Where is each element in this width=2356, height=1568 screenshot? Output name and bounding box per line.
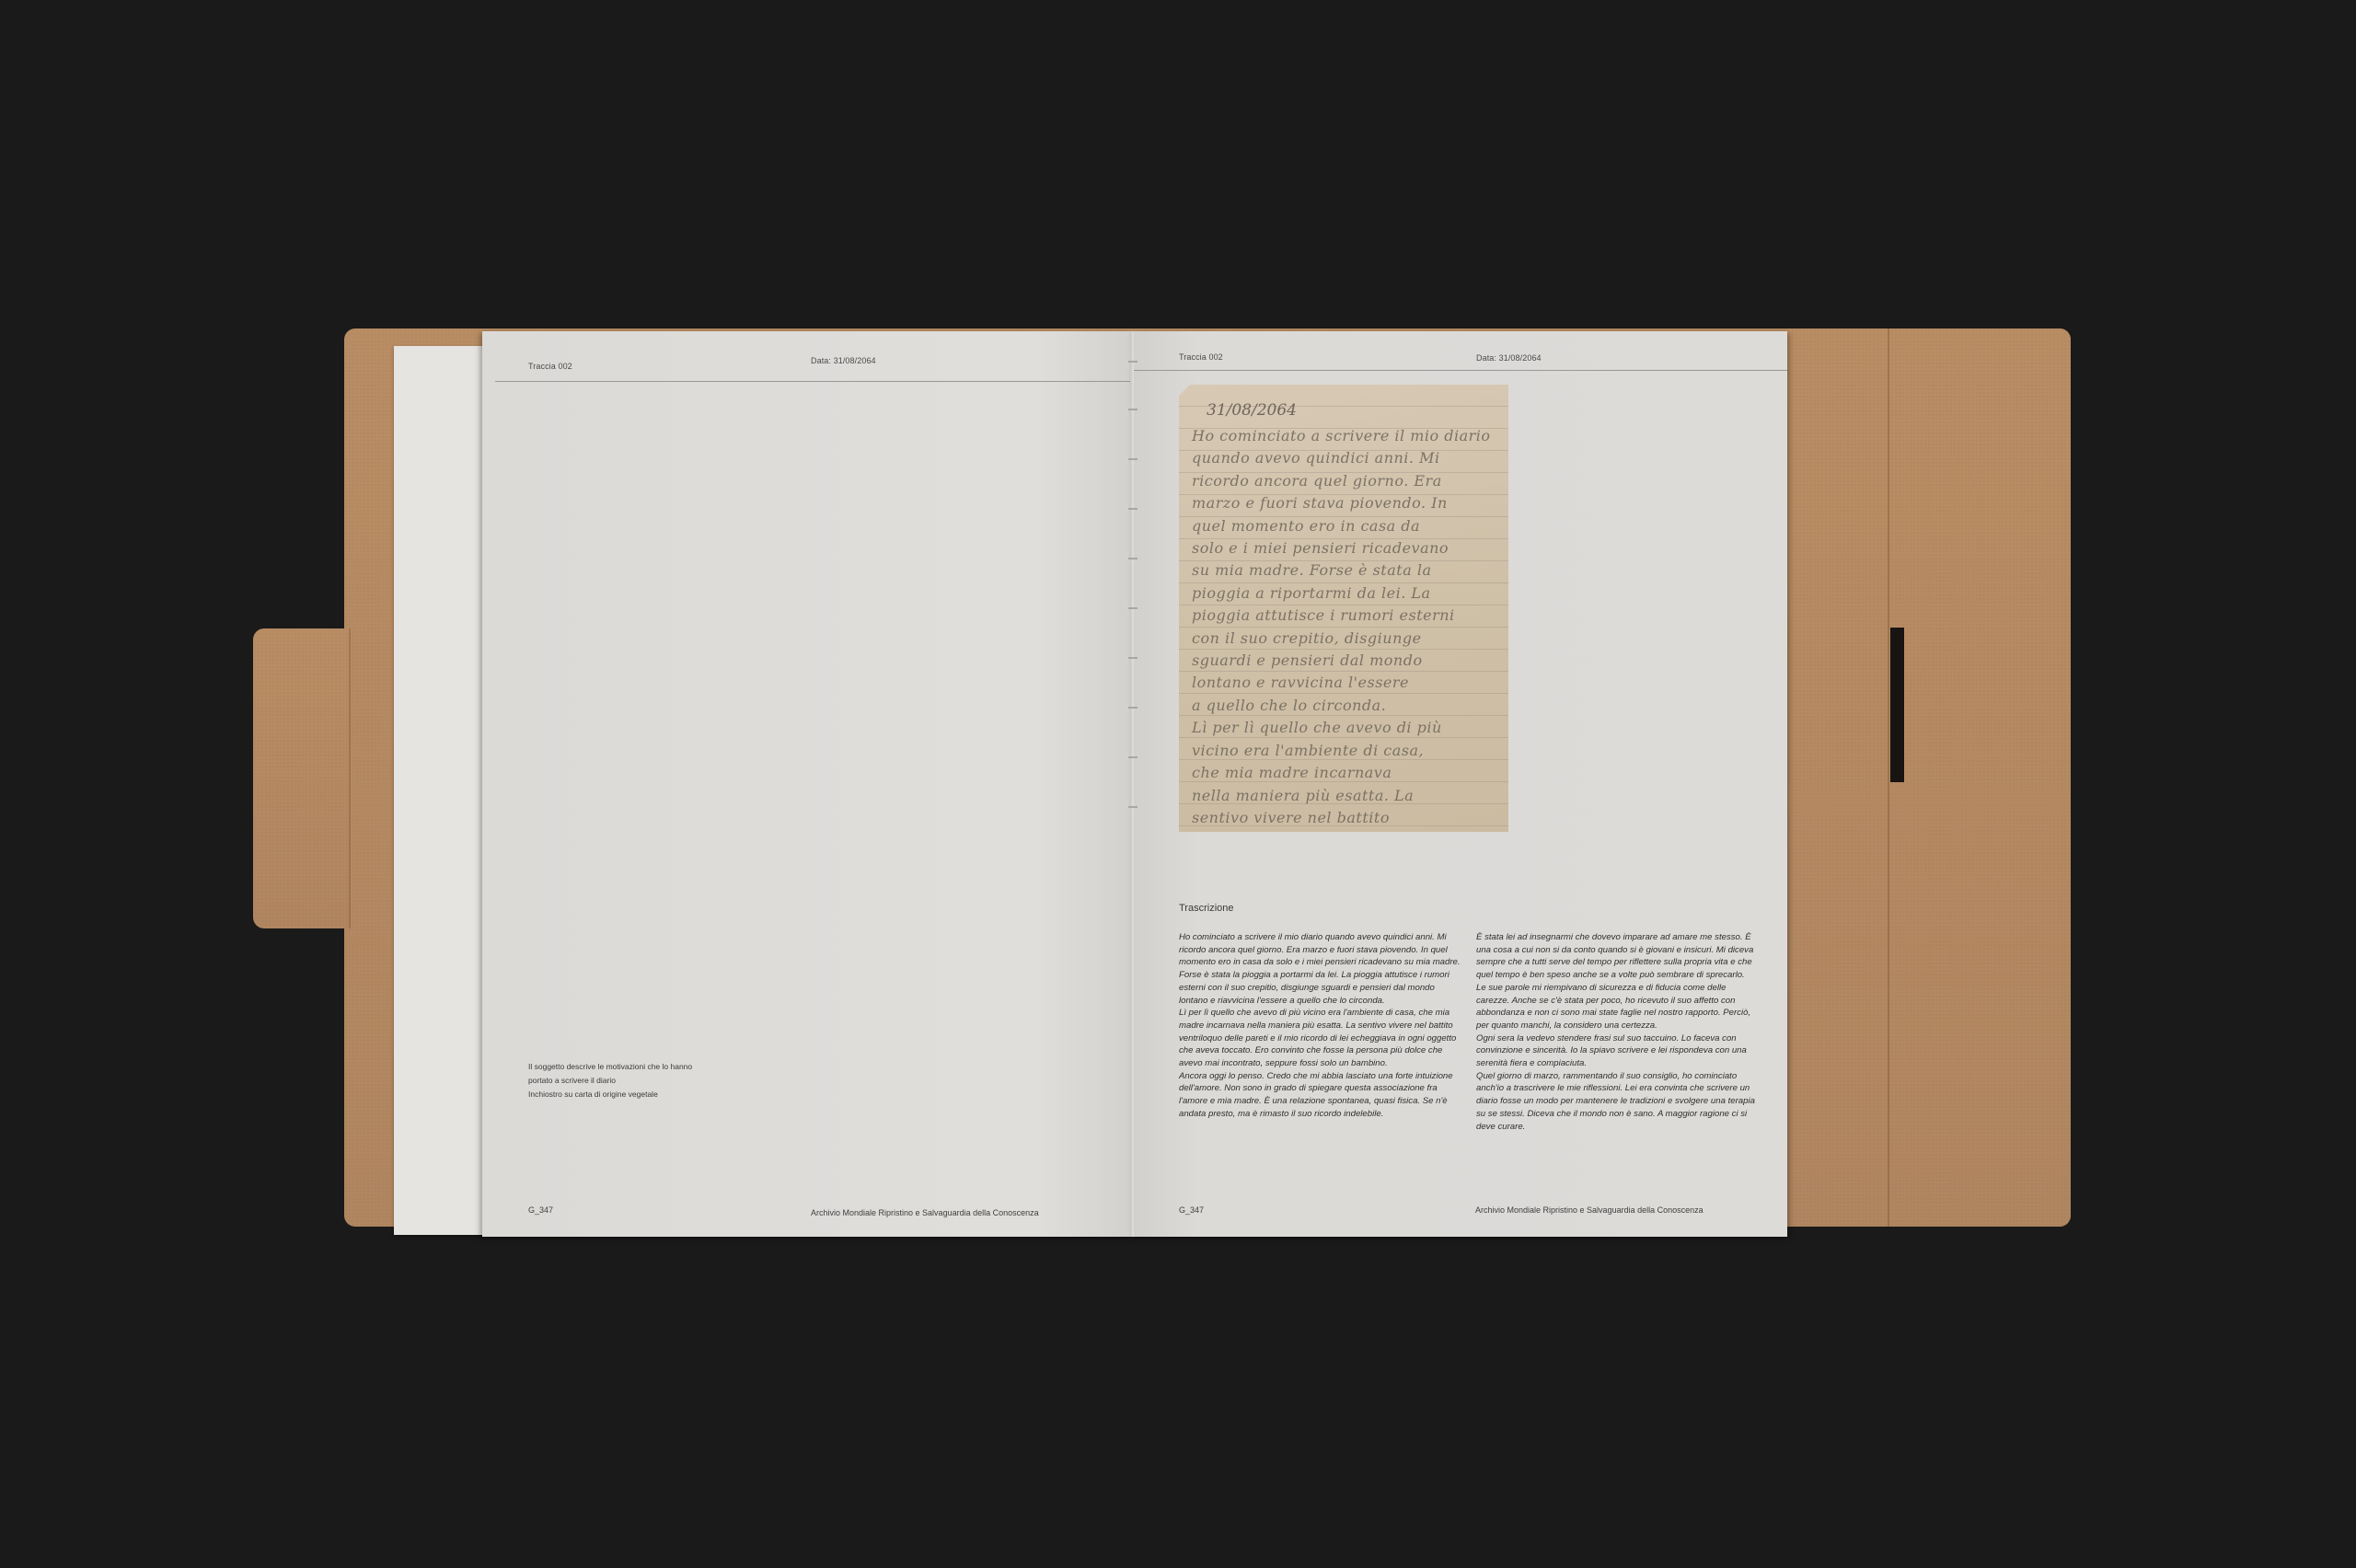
paragraph: Quel giorno di marzo, rammentando il suo…: [1476, 1070, 1758, 1134]
paragraph: È stata lei ad insegnarmi che dovevo imp…: [1476, 931, 1758, 982]
caption-line: Inchiostro su carta di origine vegetale: [528, 1088, 692, 1101]
footer-code: G_347: [528, 1205, 553, 1215]
binding-stitch: [1128, 458, 1138, 460]
caption: Il soggetto descrive le motivazioni che …: [528, 1060, 692, 1101]
flap-slot: [1890, 628, 1904, 782]
handwritten-diary-page: 31/08/2064 Ho cominciato a scrivere il m…: [1179, 385, 1508, 832]
handwritten-date: 31/08/2064: [1207, 401, 1297, 420]
header-rule: [495, 381, 1132, 382]
transcription-column-1: Ho cominciato a scrivere il mio diario q…: [1179, 931, 1461, 1121]
paragraph: Le sue parole mi riempivano di sicurezza…: [1476, 982, 1758, 1032]
flap-crease: [1888, 329, 1889, 1227]
header-track: Traccia 002: [1179, 352, 1223, 362]
header-date: Data: 31/08/2064: [1476, 353, 1542, 363]
caption-line: portato a scrivere il diario: [528, 1074, 692, 1088]
left-page: Traccia 002 Data: 31/08/2064 Il soggetto…: [482, 331, 1132, 1237]
paragraph: Ancora oggi lo penso. Credo che mi abbia…: [1179, 1070, 1461, 1121]
binding-stitch: [1128, 607, 1138, 609]
binding-stitch: [1128, 707, 1138, 709]
binding-stitch: [1128, 806, 1138, 808]
transcription-column-2: È stata lei ad insegnarmi che dovevo imp…: [1476, 931, 1758, 1133]
folder-right-flap[interactable]: [1787, 329, 2071, 1227]
paragraph: Ogni sera la vedevo stendere frasi sul s…: [1476, 1032, 1758, 1070]
caption-line: Il soggetto descrive le motivazioni che …: [528, 1060, 692, 1074]
footer-code: G_347: [1179, 1205, 1204, 1215]
footer-archive: Archivio Mondiale Ripristino e Salvaguar…: [811, 1208, 1039, 1217]
binding-stitch: [1128, 756, 1138, 758]
paragraph: Ho cominciato a scrivere il mio diario q…: [1179, 931, 1461, 1007]
header-rule: [1132, 370, 1787, 371]
binding-stitch: [1128, 409, 1138, 410]
binding-stitch: [1128, 558, 1138, 559]
binding-stitch: [1128, 361, 1138, 363]
footer-archive: Archivio Mondiale Ripristino e Salvaguar…: [1475, 1205, 1703, 1215]
binding-stitch: [1128, 508, 1138, 510]
folder-left-tab[interactable]: [253, 628, 351, 928]
paragraph: Lì per lì quello che avevo di più vicino…: [1179, 1007, 1461, 1070]
handwritten-text: Ho cominciato a scrivere il mio diario q…: [1192, 425, 1499, 852]
book-spine: [1130, 331, 1134, 1237]
header-date: Data: 31/08/2064: [811, 356, 876, 365]
binding-stitch: [1128, 657, 1138, 659]
transcription-title: Trascrizione: [1179, 903, 1234, 914]
header-track: Traccia 002: [528, 362, 572, 371]
